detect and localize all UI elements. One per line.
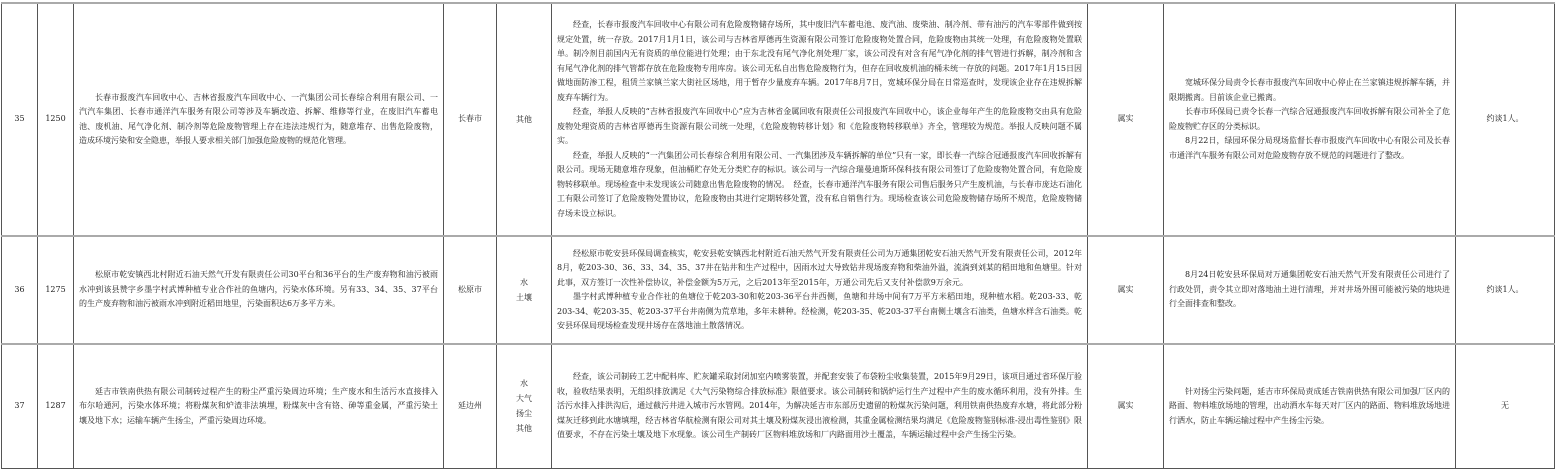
rectification-paragraph: 宽城环保分局责令长春市报废汽车回收中心停止在兰家镇违规拆解车辆，并限期搬离。目前… — [1169, 76, 1450, 105]
complaint-cell: 长春市报废汽车回收中心、吉林省报废汽车回收中心、一汽集团公司长春综合利用有限公司… — [74, 3, 444, 236]
region-cell: 延边州 — [444, 344, 497, 468]
pollution-type: 扬尘 — [497, 406, 551, 421]
row-index: 35 — [2, 3, 38, 236]
investigation-paragraph: 经查，举报人反映的“一汽集团公司长春综合利用有限公司、一汽集团涉及车辆拆解的单位… — [557, 149, 1082, 222]
region-cell: 长春市 — [444, 3, 497, 236]
pollution-type: 水 — [497, 376, 551, 391]
complaint-text: 松原市乾安镇西北村附近石油天然气开发有限责任公司30平台和36平台的生产废弃物和… — [79, 268, 438, 312]
investigation-paragraph: 经查，该公司制砖工艺中配料库、贮灰罐采取封闭加室内喷雾装置，并配套安装了布袋粉尘… — [557, 370, 1082, 443]
complaint-text: 长春市报废汽车回收中心、吉林省报废汽车回收中心、一汽集团公司长春综合利用有限公司… — [79, 91, 438, 149]
investigation-paragraph: 经查，举报人反映的“吉林省报废汽车回收中心”应为吉林省金属回收有限责任公司报废汽… — [557, 105, 1082, 149]
pollution-type-cell: 水 土壤 — [497, 236, 552, 344]
case-number: 1287 — [38, 344, 74, 468]
pollution-type: 其他 — [497, 112, 551, 127]
verdict-cell: 属实 — [1088, 344, 1164, 468]
rectification-paragraph: 8月24日乾安县环保局对万通集团乾安石油天然气开发有限责任公司进行了行政处罚，责… — [1169, 268, 1450, 312]
rectification-cell: 针对扬尘污染问题，延吉市环保局责成延吉铁南供热有限公司加强厂区内的路面、物料堆放… — [1164, 344, 1456, 468]
case-number: 1275 — [38, 236, 74, 344]
investigation-cell: 经松原市乾安县环保局调查核实，乾安县乾安镇西北村附近石油天然气开发有限责任公司为… — [552, 236, 1088, 344]
region-cell: 松原市 — [444, 236, 497, 344]
pollution-type: 其他 — [497, 421, 551, 436]
verdict-cell: 属实 — [1088, 3, 1164, 236]
pollution-type: 土壤 — [497, 290, 551, 305]
rectification-paragraph: 针对扬尘污染问题，延吉市环保局责成延吉铁南供热有限公司加强厂区内的路面、物料堆放… — [1169, 385, 1450, 429]
rectification-cell: 8月24日乾安县环保局对万通集团乾安石油天然气开发有限责任公司进行了行政处罚，责… — [1164, 236, 1456, 344]
investigation-cell: 经查，长春市报废汽车回收中心有限公司有危险废物储存场所，其中废旧汽车蓄电池、废汽… — [552, 3, 1088, 236]
verdict-cell: 属实 — [1088, 236, 1164, 344]
accountability-cell: 约谈1人。 — [1456, 236, 1555, 344]
pollution-type-cell: 其他 — [497, 3, 552, 236]
row-index: 37 — [2, 344, 38, 468]
investigation-paragraph: 墨字村武博种植专业合作社的鱼塘位于乾203-30和乾203-36平台井西侧，鱼塘… — [557, 290, 1082, 334]
pollution-type: 大气 — [497, 391, 551, 406]
case-report-table: 35 1250 长春市报废汽车回收中心、吉林省报废汽车回收中心、一汽集团公司长春… — [1, 2, 1555, 469]
complaint-text: 延吉市铁南供热有限公司制砖过程产生的粉尘严重污染周边环境；生产废水和生活污水直接… — [79, 385, 438, 429]
accountability-cell: 约谈1人。 — [1456, 3, 1555, 236]
table-row: 36 1275 松原市乾安镇西北村附近石油天然气开发有限责任公司30平台和36平… — [2, 236, 1555, 344]
rectification-paragraph: 长春市环保局已责令长春一汽综合冠通报废汽车回收拆解有限公司补全了危险废物贮存区的… — [1169, 105, 1450, 134]
pollution-type: 水 — [497, 275, 551, 290]
investigation-paragraph: 经查，长春市报废汽车回收中心有限公司有危险废物储存场所，其中废旧汽车蓄电池、废汽… — [557, 18, 1082, 105]
table-row: 35 1250 长春市报废汽车回收中心、吉林省报废汽车回收中心、一汽集团公司长春… — [2, 3, 1555, 236]
case-number: 1250 — [38, 3, 74, 236]
row-index: 36 — [2, 236, 38, 344]
investigation-cell: 经查，该公司制砖工艺中配料库、贮灰罐采取封闭加室内喷雾装置，并配套安装了布袋粉尘… — [552, 344, 1088, 468]
rectification-cell: 宽城环保分局责令长春市报废汽车回收中心停止在兰家镇违规拆解车辆，并限期搬离。目前… — [1164, 3, 1456, 236]
rectification-paragraph: 8月22日，绿园环保分局现场监督长春市报废汽车回收中心有限公司及长春市通洋汽车服… — [1169, 134, 1450, 163]
table-row: 37 1287 延吉市铁南供热有限公司制砖过程产生的粉尘严重污染周边环境；生产废… — [2, 344, 1555, 468]
investigation-paragraph: 经松原市乾安县环保局调查核实，乾安县乾安镇西北村附近石油天然气开发有限责任公司为… — [557, 247, 1082, 291]
pollution-type-cell: 水 大气 扬尘 其他 — [497, 344, 552, 468]
complaint-cell: 延吉市铁南供热有限公司制砖过程产生的粉尘严重污染周边环境；生产废水和生活污水直接… — [74, 344, 444, 468]
accountability-cell: 无 — [1456, 344, 1555, 468]
complaint-cell: 松原市乾安镇西北村附近石油天然气开发有限责任公司30平台和36平台的生产废弃物和… — [74, 236, 444, 344]
